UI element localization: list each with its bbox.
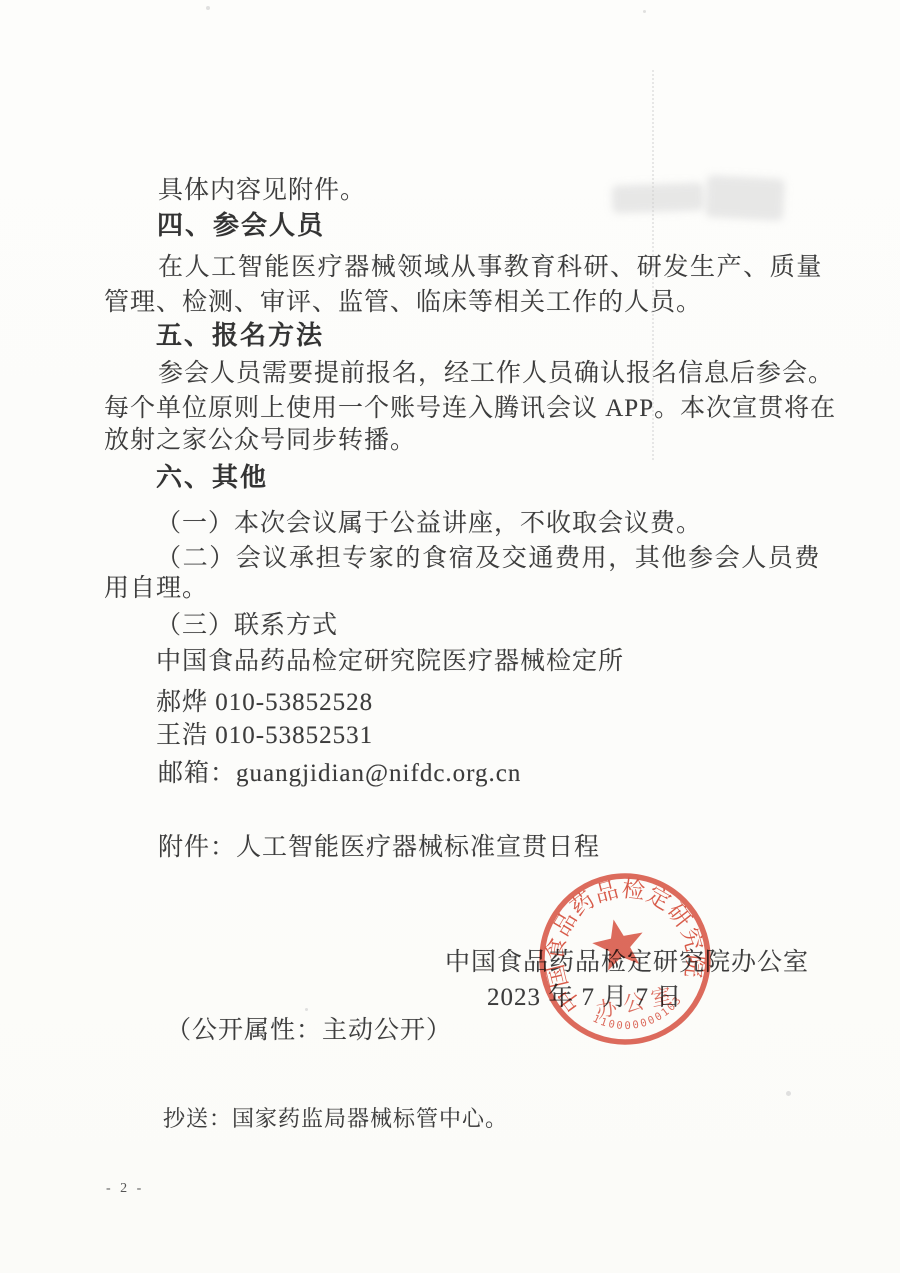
bleedthrough-smudge [705, 175, 785, 221]
scan-speck [643, 10, 646, 13]
section6-item2-line2: 用自理。 [104, 575, 208, 604]
intro-line: 具体内容见附件。 [158, 177, 366, 206]
page-number: - 2 - [106, 1181, 144, 1197]
section5-line3: 放射之家公众号同步转播。 [104, 427, 416, 456]
signature-org: 中国食品药品检定研究院办公室 [445, 949, 809, 978]
signature-date: 2023 年 7 月 7 日 [487, 984, 682, 1013]
section6-heading: 六、其他 [156, 463, 268, 493]
section6-item1: （一）本次会议属于公益讲座，不收取会议费。 [156, 510, 702, 539]
scan-speck [786, 1091, 791, 1096]
section5-line2: 每个单位原则上使用一个账号连入腾讯会议 APP。本次宣贯将在 [104, 395, 836, 424]
contact-email: 邮箱：guangjidian@nifdc.org.cn [158, 760, 521, 789]
section4-line2: 管理、检测、审评、监管、临床等相关工作的人员。 [104, 289, 702, 318]
scan-speck [206, 6, 210, 10]
cc-line: 抄送：国家药监局器械标管中心。 [163, 1106, 508, 1131]
contact-person1: 郝烨 010-53852528 [156, 689, 373, 718]
disclosure-line: （公开属性：主动公开） [166, 1017, 452, 1046]
section4-line1: 在人工智能医疗器械领域从事教育科研、研发生产、质量 [158, 254, 823, 283]
bleedthrough-smudge [612, 182, 705, 213]
attachment-line: 附件：人工智能医疗器械标准宣贯日程 [158, 834, 600, 863]
scan-speck [305, 1008, 308, 1011]
section4-heading: 四、参会人员 [157, 211, 325, 241]
section6-item2-line1: （二）会议承担专家的食宿及交通费用，其他参会人员费 [156, 545, 821, 574]
scanned-document-page: 具体内容见附件。 四、参会人员 在人工智能医疗器械领域从事教育科研、研发生产、质… [0, 0, 900, 1273]
contact-org: 中国食品药品检定研究院医疗器械检定所 [156, 648, 624, 677]
section6-item3: （三）联系方式 [156, 612, 338, 641]
contact-person2: 王浩 010-53852531 [156, 722, 373, 751]
section5-heading: 五、报名方法 [156, 321, 324, 351]
section5-line1: 参会人员需要提前报名，经工作人员确认报名信息后参会。 [158, 360, 834, 389]
